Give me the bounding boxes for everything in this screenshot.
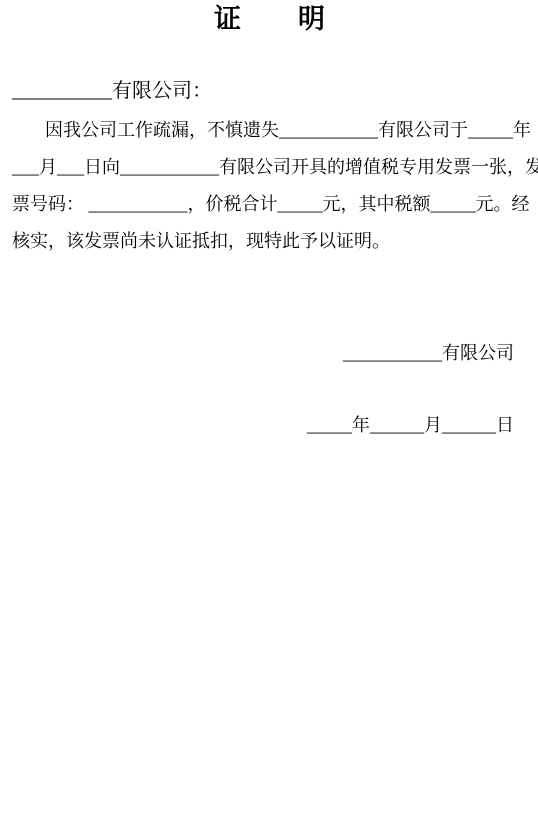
salutation-blank: __________	[12, 80, 112, 102]
paragraph-line-3: 票号码： ___________，价税合计_____元，其中税额_____元。经	[12, 186, 528, 223]
document-title: 证 明	[12, 2, 528, 36]
paragraph-line-2: ___月___日向___________有限公司开具的增值税专用发票一张，发	[12, 149, 528, 186]
body-paragraph: 因我公司工作疏漏，不慎遗失___________有限公司于_____年 ___月…	[12, 112, 528, 260]
paragraph-line-1: 因我公司工作疏漏，不慎遗失___________有限公司于_____年	[12, 112, 528, 149]
paragraph-line-4: 核实，该发票尚未认证抵扣，现特此予以证明。	[12, 223, 528, 260]
salutation-line: __________有限公司：	[12, 78, 528, 104]
signature-date-line: _____年______月______日	[12, 414, 528, 436]
certificate-document: 证 明 __________有限公司： 因我公司工作疏漏，不慎遗失_______…	[0, 0, 538, 828]
salutation-company-label: 有限公司：	[112, 80, 212, 102]
signature-company-line: ___________有限公司	[12, 342, 528, 364]
